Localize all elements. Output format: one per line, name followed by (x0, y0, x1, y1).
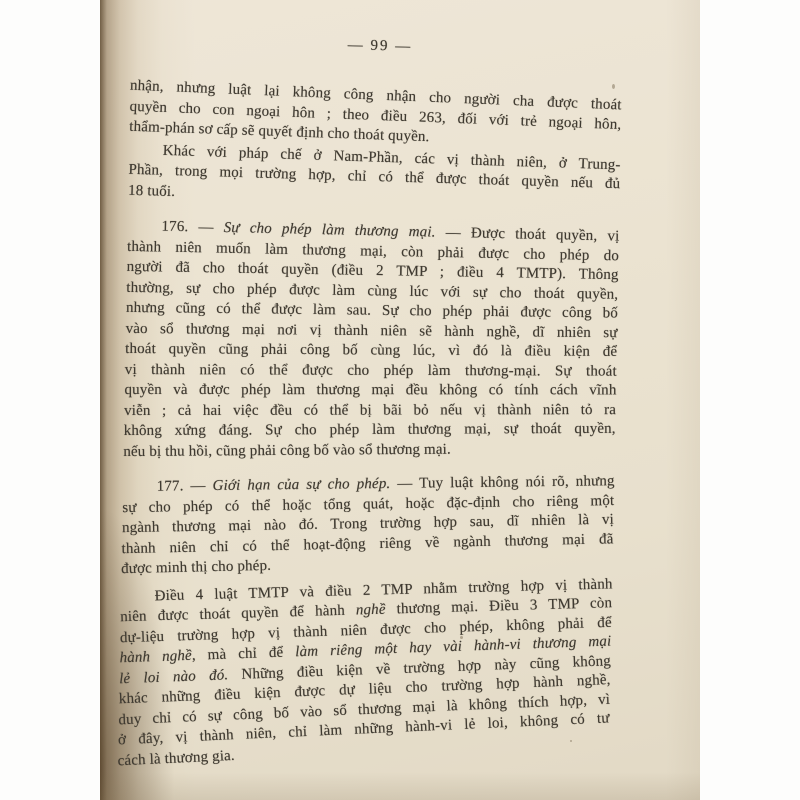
text-line: thoát quyền cũng phải công bố cùng lúc, … (125, 339, 617, 363)
text-segment: 177. — (157, 478, 213, 495)
text-line: vị thành niên có thể được cho phép làm t… (125, 359, 617, 381)
text-segment: 18 tuổi. (128, 182, 175, 199)
text-segment: — Tuy luật không nói rõ, nhưng (390, 473, 614, 492)
page-number-header: — 99 — (130, 32, 630, 61)
text-block: nhận, nhưng luật lại không công nhận cho… (130, 76, 622, 771)
paragraph: Điều 4 luật TMTP và điều 2 TMP nhằm trườ… (130, 587, 622, 772)
text-segment: được minh thị cho phép. (121, 558, 271, 577)
paper-speck (612, 84, 615, 89)
paragraph: 177. — Giới hạn của sự cho phép. — Tuy l… (130, 477, 622, 580)
text-line: quyền và được phép làm thương mại đều kh… (124, 380, 616, 401)
text-line: viễn ; cả hai việc đều có thể bị bãi bỏ … (124, 400, 616, 421)
text-segment: 176. — (161, 219, 224, 236)
text-segment: thoát quyền cũng phải công bố cùng lúc, … (125, 341, 617, 360)
scan-background: — 99 — nhận, nhưng luật lại không công n… (0, 0, 800, 800)
text-segment: viễn ; cả hai việc đều có thể bị bãi bỏ … (124, 402, 616, 419)
text-segment: — Được thoát quyền, vị (435, 225, 619, 245)
text-segment: quyền và được phép làm thương mại đều kh… (124, 382, 616, 398)
text-segment: cách là thương gia. (117, 747, 235, 769)
italic-text: Giới hạn của sự cho phép. (213, 476, 391, 494)
text-segment: nhưng cũng có thể được làm sau. Sự cho p… (126, 300, 618, 322)
book-page: — 99 — nhận, nhưng luật lại không công n… (100, 0, 700, 800)
italic-text: Sự cho phép làm thương mại. (224, 220, 436, 241)
text-line: nếu bị thu hồi, cũng phải công bố vào sổ… (123, 438, 615, 462)
text-segment: , mà chỉ để (192, 644, 296, 664)
text-segment: vị thành niên có thể được cho phép làm t… (125, 361, 617, 379)
paper-speck (570, 740, 572, 742)
paragraph: 176. — Sự cho phép làm thương mại. — Đượ… (130, 216, 622, 462)
italic-text: nghề (356, 602, 386, 619)
paragraph: nhận, nhưng luật lại không công nhận cho… (130, 76, 622, 138)
text-segment: nếu bị thu hồi, cũng phải công bố vào sổ… (123, 441, 451, 459)
paper-speck (460, 636, 463, 639)
text-segment: vào sổ thương mại nơi vị thành niên sẽ h… (126, 320, 618, 340)
italic-text: lẻ loi nào đó. (119, 667, 229, 687)
text-segment: không xứng đáng. Sự cho phép làm thương … (124, 421, 616, 439)
italic-text: hành nghề (119, 648, 192, 666)
